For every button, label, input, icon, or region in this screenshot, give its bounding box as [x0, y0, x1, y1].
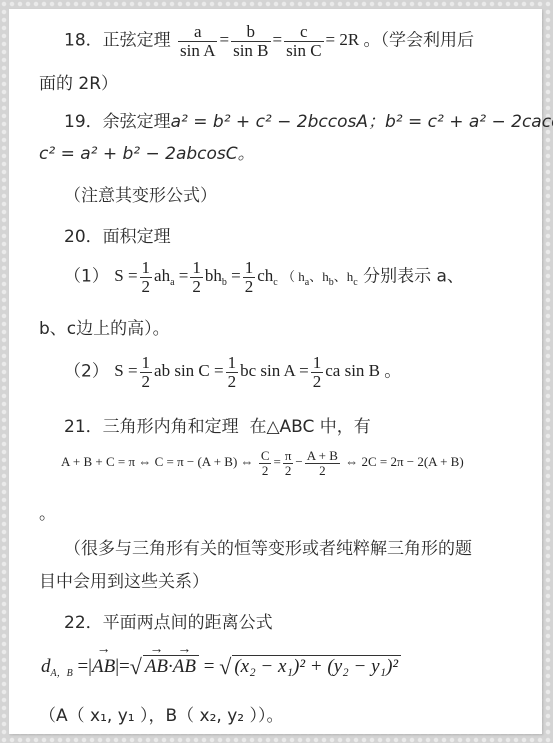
area-formula-2: （2） S =12ab sin C =12bc sin A =12ca sin …: [64, 354, 401, 391]
angle-sum-formula: A + B + C = π ⇔ C = π − (A + B) ⇔ C2=π2−…: [61, 449, 464, 477]
distance-formula: dA，B =|AB|=√AB·AB = √(x₂ − x₁)² + (y₂ − …: [41, 654, 401, 680]
item-title: 正弦定理: [103, 30, 171, 50]
document-page: 18．正弦定理 asin A=bsin B=csin C= 2R 。（学会利用后…: [9, 9, 542, 734]
item-22-distance-formula: 22．平面两点间的距离公式: [64, 608, 273, 633]
item-number: 18．: [64, 30, 103, 50]
cosine-formula-2: c² = a² + b² − 2abcosC。: [39, 139, 255, 164]
item-20-area-theorem: 20．面积定理: [64, 222, 171, 247]
rhs-2R: = 2R: [326, 30, 360, 49]
fraction-b-sinB: bsin B: [231, 23, 270, 60]
item-19-cosine-law: 19．余弦定理a² = b² + c² − 2bccosA；b² = c² + …: [64, 107, 553, 132]
fraction-a-sinA: asin A: [178, 23, 217, 60]
item-19-note: （注意其变形公式）: [64, 181, 217, 206]
item-note: 。（学会利用后: [363, 30, 474, 50]
area-formula-1: （1） S =12aha =12bhb =12chc （ ha、hb、hc 分别…: [64, 259, 464, 296]
cosine-formula-1: a² = b² + c² − 2bccosA；b² = c² + a² − 2c…: [171, 112, 553, 132]
fraction-c-sinC: csin C: [284, 23, 323, 60]
item-21-note-line2: 目中会用到这些关系）: [39, 567, 209, 592]
item-21-angle-sum: 21．三角形内角和定理 在△ABC 中，有: [64, 412, 371, 437]
angle-sum-end-period: 。: [39, 499, 56, 524]
distance-formula-points: （A（ x₁, y₁ ），B（ x₂, y₂ ））。: [39, 701, 284, 726]
item-21-note-line1: （很多与三角形有关的恒等变形或者纯粹解三角形的题: [64, 534, 472, 559]
item-18-sine-law: 18．正弦定理 asin A=bsin B=csin C= 2R 。（学会利用后: [64, 23, 474, 60]
area-formula-1-line2: b、c边上的高）。: [39, 314, 170, 339]
item-18-line2: 面的 2R）: [39, 69, 118, 94]
